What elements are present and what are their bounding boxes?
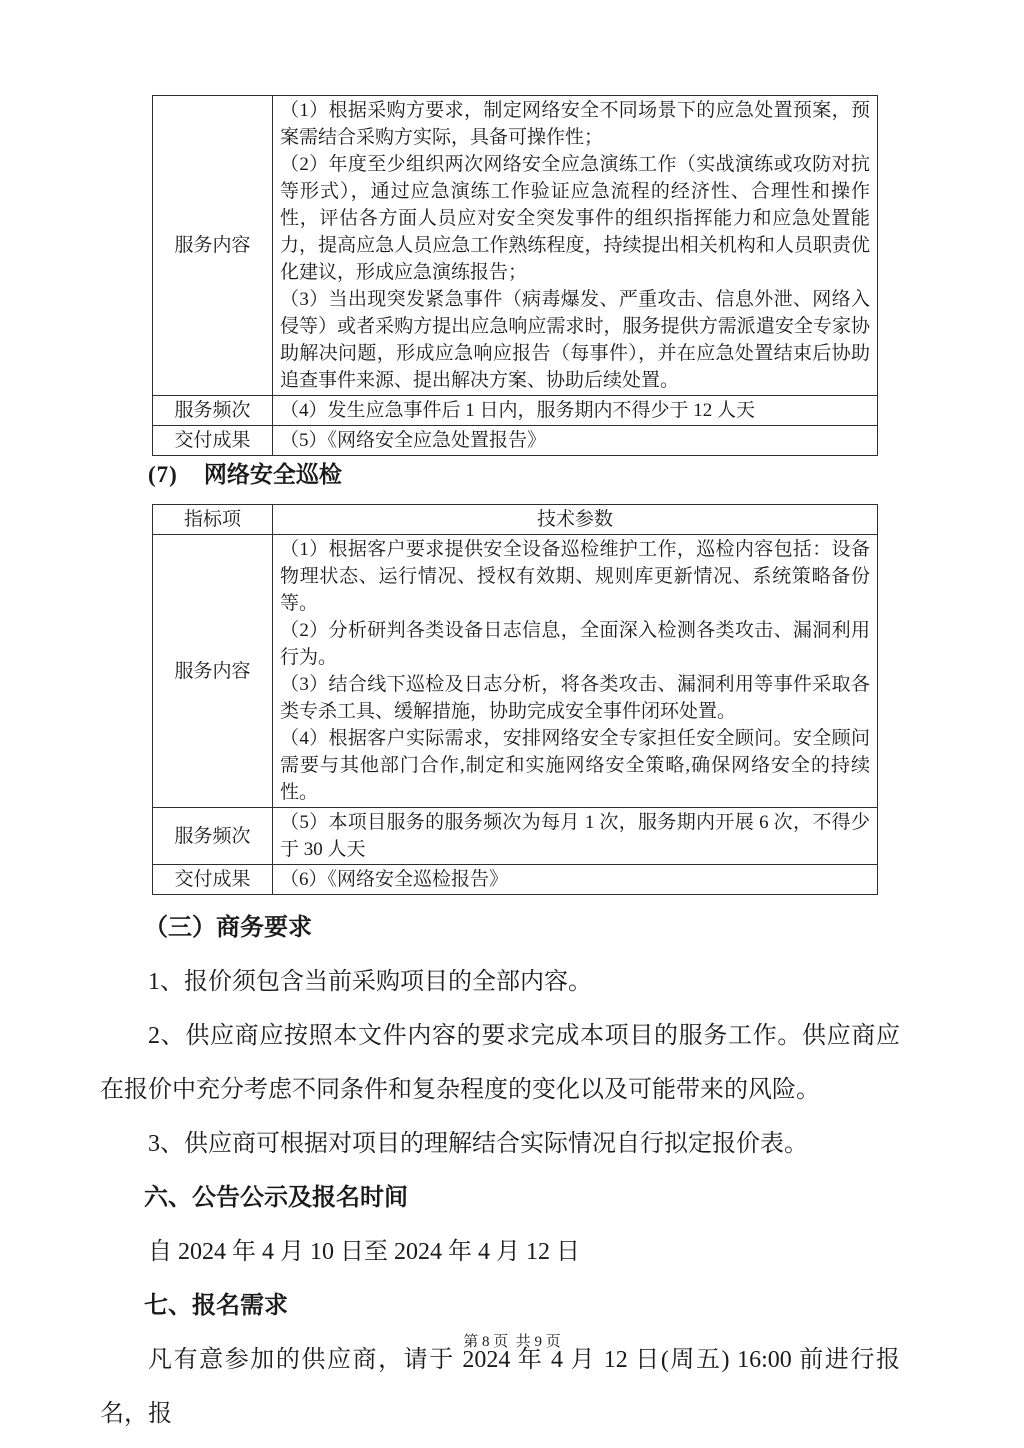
heading-announcement-period: 六、公告公示及报名时间 <box>100 1171 924 1225</box>
cell-paragraph: （1）根据采购方要求，制定网络安全不同场景下的应急处置预案，预案需结合采购方实际… <box>280 97 870 151</box>
cell-service-frequency: （4）发生应急事件后 1 日内，服务期内不得少于 12 人天 <box>273 396 878 426</box>
cell-paragraph: （4）发生应急事件后 1 日内，服务期内不得少于 12 人天 <box>280 397 870 424</box>
business-item-1: 1、报价须包含当前采购项目的全部内容。 <box>100 955 900 1009</box>
emergency-response-table: 服务内容 （1）根据采购方要求，制定网络安全不同场景下的应急处置预案，预案需结合… <box>152 95 878 456</box>
document-page: 服务内容 （1）根据采购方要求，制定网络安全不同场景下的应急处置预案，预案需结合… <box>0 0 1024 1448</box>
row-label-service-frequency: 服务频次 <box>153 808 273 865</box>
cell-paragraph: （5）《网络安全应急处置报告》 <box>280 427 870 454</box>
column-header-indicator: 指标项 <box>153 505 273 535</box>
cell-paragraph: （5）本项目服务的服务频次为每月 1 次，服务期内开展 6 次，不得少于 30 … <box>280 809 870 863</box>
cell-paragraph: （2）分析研判各类设备日志信息，全面深入检测各类攻击、漏洞利用行为。 <box>280 617 870 671</box>
section-heading-network-security-inspection: (7)网络安全巡检 <box>100 458 924 492</box>
row-label-service-frequency: 服务频次 <box>153 396 273 426</box>
table-row-deliverable: 交付成果 （5）《网络安全应急处置报告》 <box>153 426 878 456</box>
cell-paragraph: （1）根据客户要求提供安全设备巡检维护工作，巡检内容包括：设备物理状态、运行情况… <box>280 536 870 617</box>
cell-paragraph: （3）当出现突发紧急事件（病毒爆发、严重攻击、信息外泄、网络入侵等）或者采购方提… <box>280 286 870 394</box>
row-label-service-content: 服务内容 <box>153 535 273 808</box>
cell-deliverable: （5）《网络安全应急处置报告》 <box>273 426 878 456</box>
cell-paragraph: （2）年度至少组织两次网络安全应急演练工作（实战演练或攻防对抗等形式），通过应急… <box>280 151 870 286</box>
heading-registration-requirements: 七、报名需求 <box>100 1279 924 1333</box>
page-footer: 第 8 页 共 9 页 <box>0 1332 1024 1352</box>
inspection-table: 指标项 技术参数 服务内容 （1）根据客户要求提供安全设备巡检维护工作，巡检内容… <box>152 504 878 895</box>
cell-paragraph: （3）结合线下巡检及日志分析，将各类攻击、漏洞利用等事件采取各类专杀工具、缓解措… <box>280 671 870 725</box>
table-row-service-frequency: 服务频次 （4）发生应急事件后 1 日内，服务期内不得少于 12 人天 <box>153 396 878 426</box>
business-item-3: 3、供应商可根据对项目的理解结合实际情况自行拟定报价表。 <box>100 1117 900 1171</box>
row-label-deliverable: 交付成果 <box>153 426 273 456</box>
cell-service-frequency: （5）本项目服务的服务频次为每月 1 次，服务期内开展 6 次，不得少于 30 … <box>273 808 878 865</box>
section-number: (7) <box>148 462 178 487</box>
heading-business-requirements: （三）商务要求 <box>100 901 924 955</box>
table-row-service-content: 服务内容 （1）根据客户要求提供安全设备巡检维护工作，巡检内容包括：设备物理状态… <box>153 535 878 808</box>
cell-service-content: （1）根据采购方要求，制定网络安全不同场景下的应急处置预案，预案需结合采购方实际… <box>273 96 878 396</box>
table-header-row: 指标项 技术参数 <box>153 505 878 535</box>
row-label-deliverable: 交付成果 <box>153 865 273 895</box>
cell-deliverable: （6）《网络安全巡检报告》 <box>273 865 878 895</box>
column-header-technical-parameters: 技术参数 <box>273 505 878 535</box>
cell-service-content: （1）根据客户要求提供安全设备巡检维护工作，巡检内容包括：设备物理状态、运行情况… <box>273 535 878 808</box>
table-row-deliverable: 交付成果 （6）《网络安全巡检报告》 <box>153 865 878 895</box>
row-label-service-content: 服务内容 <box>153 96 273 396</box>
table-row-service-frequency: 服务频次 （5）本项目服务的服务频次为每月 1 次，服务期内开展 6 次，不得少… <box>153 808 878 865</box>
announcement-dates: 自 2024 年 4 月 10 日至 2024 年 4 月 12 日 <box>100 1225 900 1279</box>
business-item-2: 2、供应商应按照本文件内容的要求完成本项目的服务工作。供应商应在报价中充分考虑不… <box>100 1009 900 1117</box>
cell-paragraph: （6）《网络安全巡检报告》 <box>280 866 870 893</box>
cell-paragraph: （4）根据客户实际需求，安排网络安全专家担任安全顾问。安全顾问需要与其他部门合作… <box>280 725 870 806</box>
table-row-service-content: 服务内容 （1）根据采购方要求，制定网络安全不同场景下的应急处置预案，预案需结合… <box>153 96 878 396</box>
section-title: 网络安全巡检 <box>204 462 342 487</box>
